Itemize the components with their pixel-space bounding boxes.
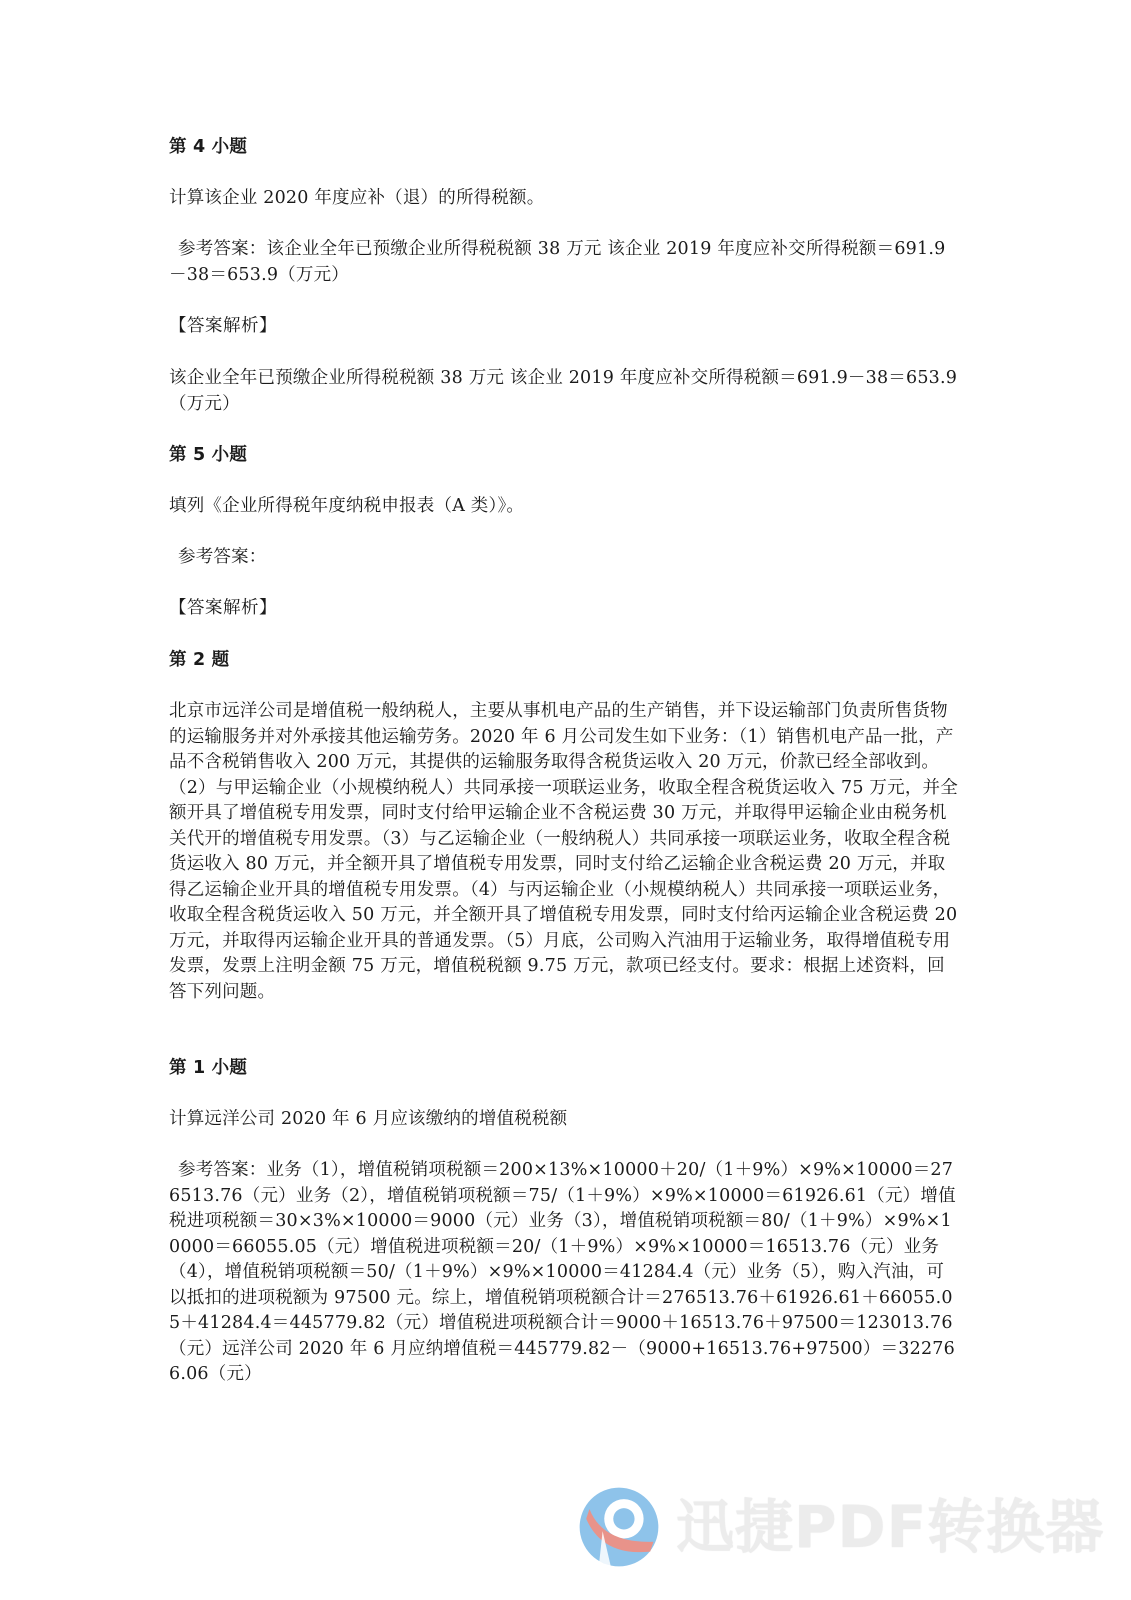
question-2-heading: 第 2 题 <box>169 648 959 674</box>
xunjie-pdf-logo-icon <box>578 1486 660 1568</box>
subquestion-1-question: 计算远洋公司 2020 年 6 月应该缴纳的增值税税额 <box>169 1107 959 1133</box>
subquestion-4-heading: 第 4 小题 <box>169 135 959 161</box>
subquestion-1-answer: 参考答案：业务（1），增值税销项税额＝200×13%×10000＋20/（1＋9… <box>169 1158 959 1388</box>
subquestion-4-analysis-tag: 【答案解析】 <box>169 314 959 340</box>
subquestion-4-analysis: 该企业全年已预缴企业所得税税额 38 万元 该企业 2019 年度应补交所得税额… <box>169 366 959 417</box>
subquestion-4-answer: 参考答案：该企业全年已预缴企业所得税税额 38 万元 该企业 2019 年度应补… <box>169 237 959 288</box>
subquestion-5-answer: 参考答案： <box>169 545 959 571</box>
subquestion-1-heading: 第 1 小题 <box>169 1056 959 1082</box>
subquestion-5-heading: 第 5 小题 <box>169 443 959 469</box>
watermark-text: 迅捷PDF转换器 <box>676 1492 1104 1562</box>
subquestion-5-question: 填列《企业所得税年度纳税申报表（A 类）》。 <box>169 494 959 520</box>
subquestion-4-question: 计算该企业 2020 年度应补（退）的所得税额。 <box>169 186 959 212</box>
watermark: 迅捷PDF转换器 <box>578 1482 1098 1572</box>
subquestion-5-analysis-tag: 【答案解析】 <box>169 596 959 622</box>
question-2-body: 北京市远洋公司是增值税一般纳税人，主要从事机电产品的生产销售，并下设运输部门负责… <box>169 699 959 1005</box>
